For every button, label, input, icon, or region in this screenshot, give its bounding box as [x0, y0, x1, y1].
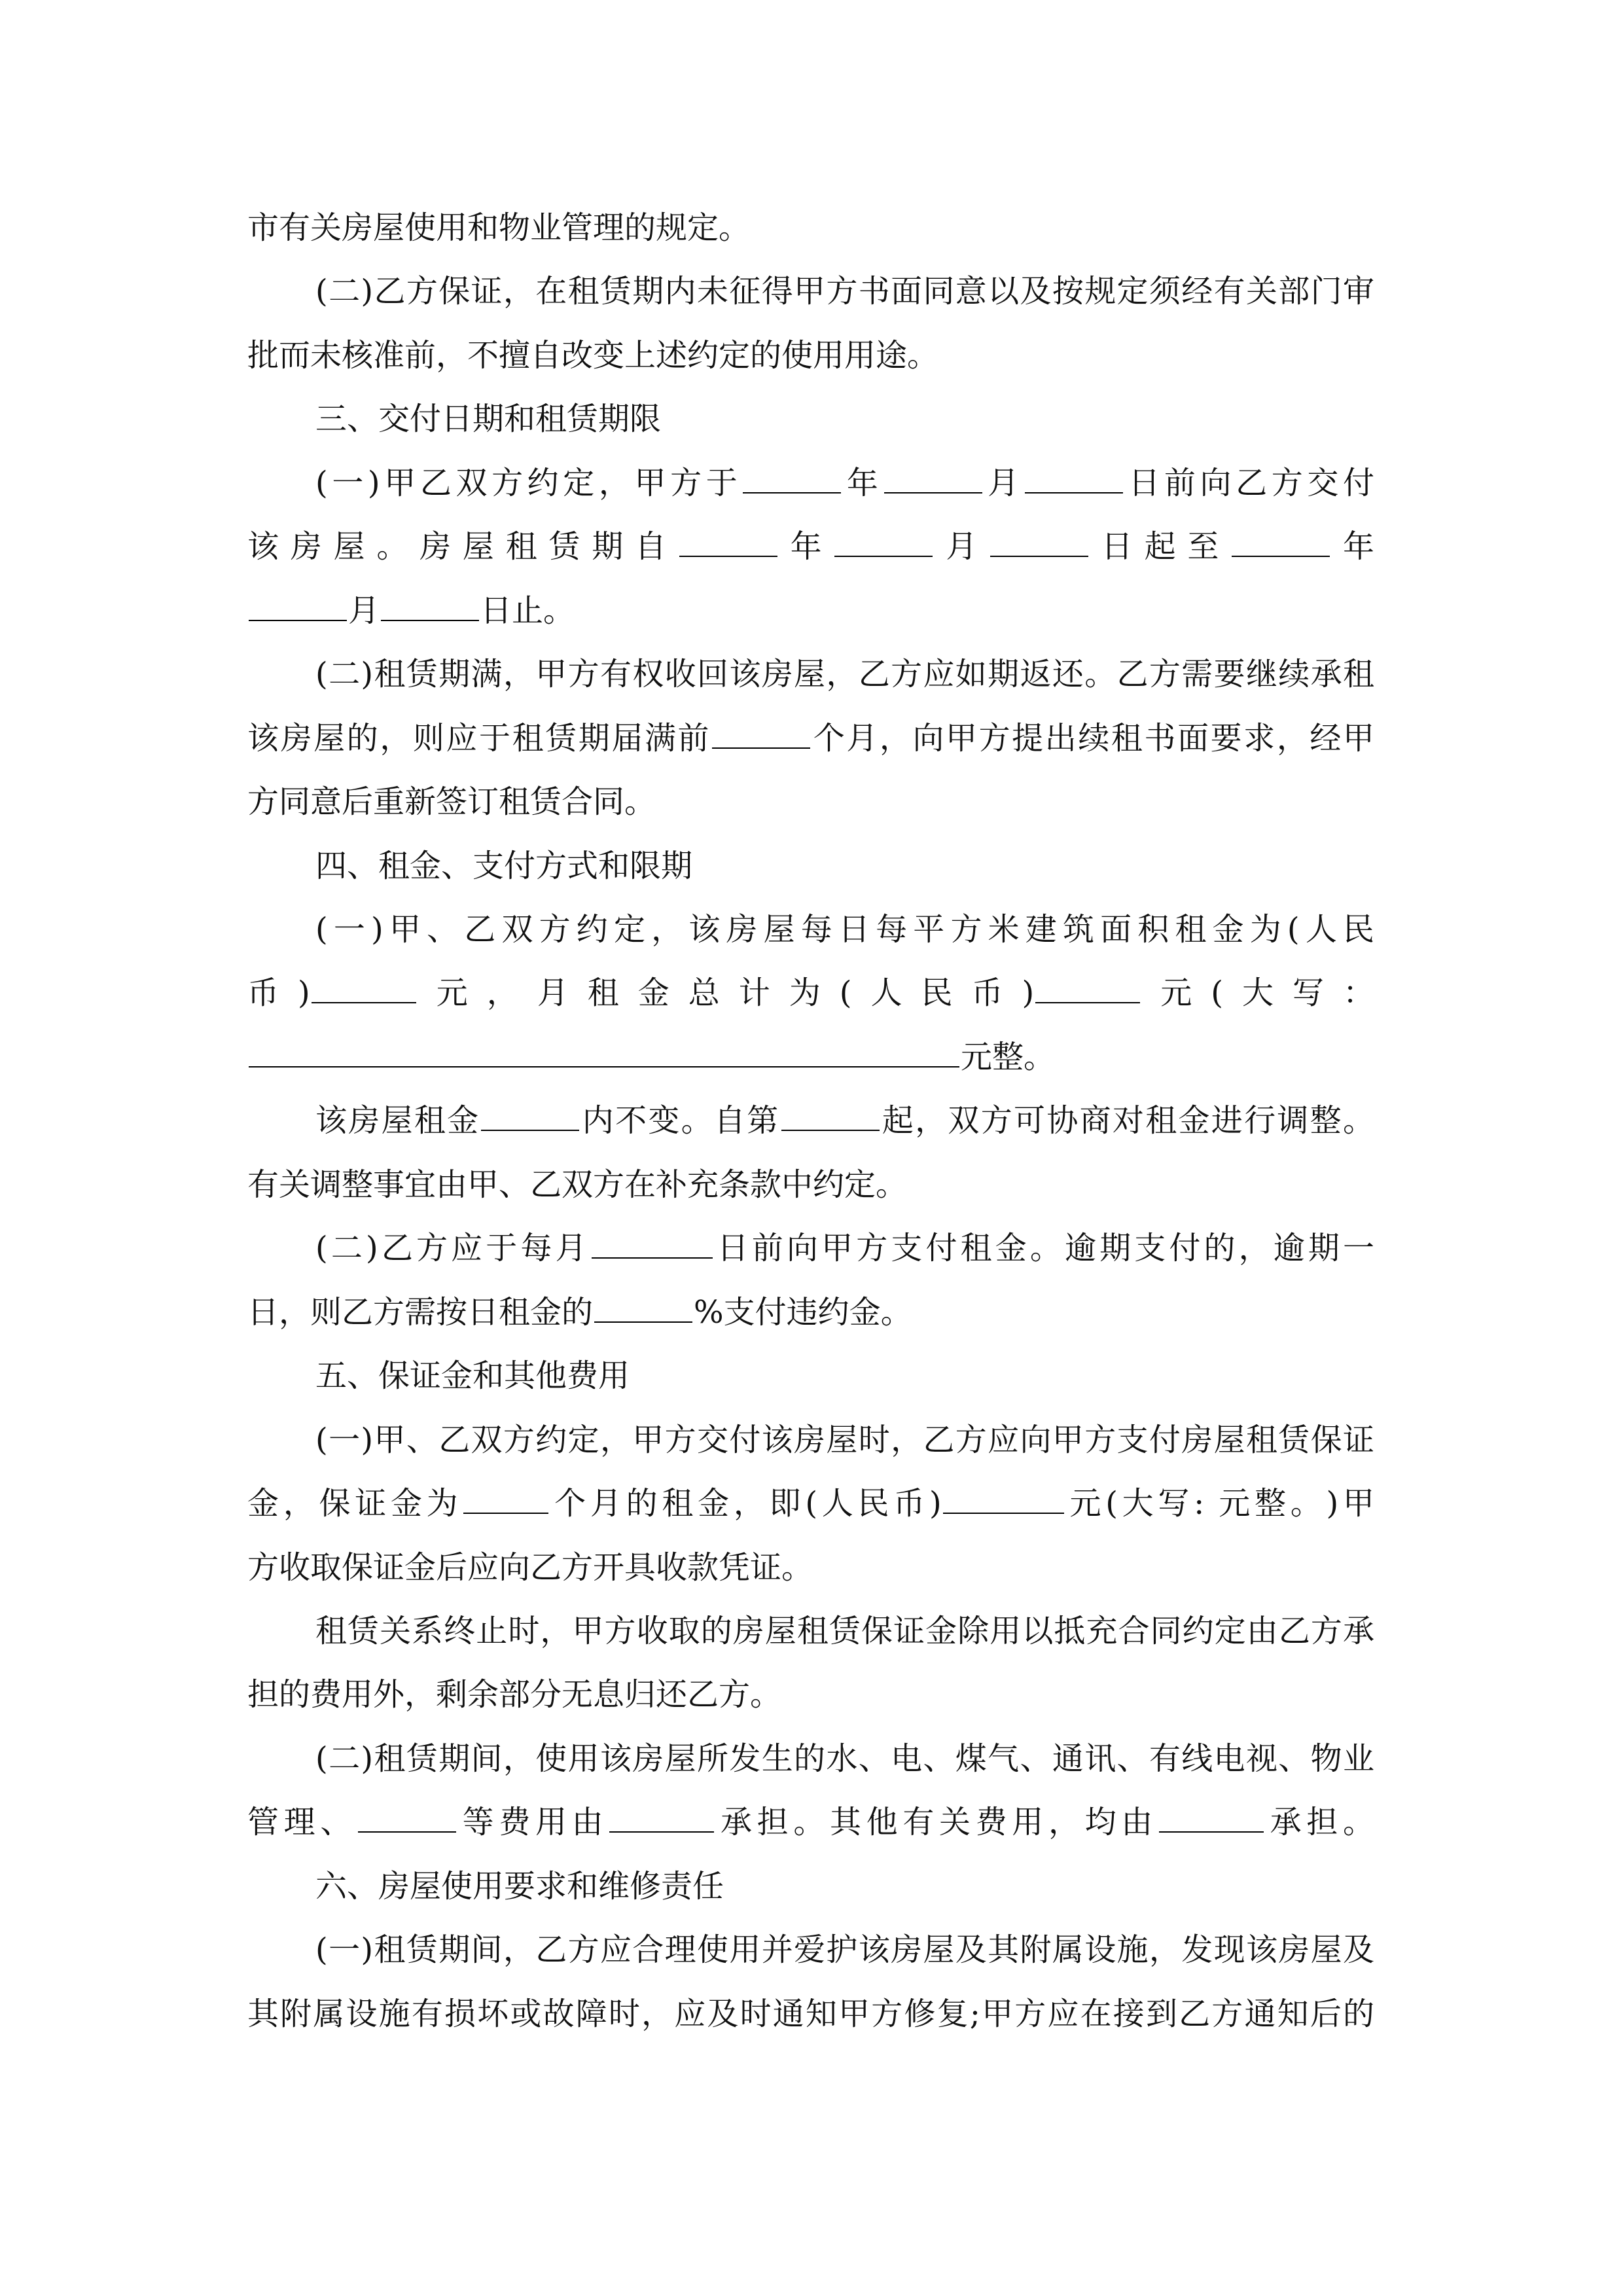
line-text: 担的费用外，剩余部分无息归还乙方。: [247, 1676, 781, 1713]
line-text: (​一​)​甲​、​乙​双​方​约​定​，​甲​方​交​付​该​房​屋​时​，​…: [315, 1422, 1374, 1458]
text-line: (​一​)​租​赁​期​间​，​乙​方​应​合​理​使​用​并​爱​护​该​房​…: [247, 1918, 1374, 1982]
fill-in-blank-deposit-amount[interactable]: ___________: [943, 1512, 1064, 1514]
line-text: 方收取保证金后应向乙方开具收款凭证。: [247, 1549, 813, 1586]
line-text: 元​(​大​写​:​ ​元​整​。​)​甲: [1065, 1485, 1374, 1522]
line-text: 日，则乙方需按日租金的: [247, 1294, 593, 1331]
line-text: 币​): [247, 975, 310, 1011]
document-page: 市有关房屋使用和物业管理的规定。(​二​)​乙​方​保​证​，​在​租​赁​期​…: [0, 0, 1623, 2296]
contract-body: 市有关房屋使用和物业管理的规定。(​二​)​乙​方​保​证​，​在​租​赁​期​…: [247, 196, 1374, 2046]
line-text: 个​月​的​租​金​，​即​(​人​民​币​): [550, 1485, 941, 1522]
line-text: 四、租金、支付方式和限期: [315, 848, 692, 884]
line-text: 年: [1331, 528, 1374, 565]
text-line: 管​理​、________等​费​用​由_________承​担​。​其​他​有…: [247, 1791, 1374, 1854]
text-line: 有关调整事宜由甲、乙双方在补充条款中约定。: [247, 1153, 1374, 1217]
fill-in-blank-delivery-year[interactable]: ________: [743, 492, 841, 493]
fill-in-blank-lease-end-month[interactable]: ________: [249, 619, 347, 621]
fill-in-blank-daily-rent-per-sqm[interactable]: _________: [312, 1001, 416, 1003]
line-text: 该​房​屋​的​，​则​应​于​租​赁​期​届​满​前: [247, 720, 711, 757]
line-text: %支付违约金。: [694, 1294, 912, 1331]
line-text: 年: [842, 465, 882, 501]
line-text: 市有关房屋使用和物业管理的规定。: [247, 209, 750, 246]
line-text: 内​不​变​。​自​第: [580, 1102, 779, 1139]
fill-in-blank-rent-fixed-period[interactable]: ________: [481, 1129, 579, 1131]
fill-in-blank-lease-start-day[interactable]: ________: [990, 555, 1088, 557]
line-text: 日止。: [480, 592, 575, 629]
text-line: 方同意后重新签订租赁合同。: [247, 770, 1374, 834]
text-line: (​二​)​乙​方​保​证​，​在​租​赁​期​内​未​征​得​甲​方​书​面​…: [247, 260, 1374, 323]
text-line: 金​，​保​证​金​为_______个​月​的​租​金​，​即​(​人​民​币​…: [247, 1472, 1374, 1535]
line-text: (​二​)​乙​方​应​于​每​月: [315, 1230, 590, 1266]
line-text: 有关调整事宜由甲、乙双方在补充条款中约定。: [247, 1166, 907, 1203]
text-line: (​一​)​甲​乙​双​方​约​定​，​甲​方​于________年______…: [247, 452, 1374, 515]
text-line: (​二​)​乙​方​应​于​每​月___________日​前​向​甲​方​支​…: [247, 1217, 1374, 1280]
fill-in-blank-deposit-months[interactable]: _______: [463, 1512, 548, 1514]
text-line: (​一​)​甲​、​乙​双​方​约​定​，​甲​方​交​付​该​房​屋​时​，​…: [247, 1408, 1374, 1472]
line-text: 承​担​。: [1265, 1804, 1374, 1840]
section-heading: 三、交付日期和租赁期限: [247, 387, 1374, 451]
line-text: 日​前​向​乙​方​交​付: [1124, 465, 1374, 501]
fill-in-blank-late-fee-percent[interactable]: ________: [594, 1321, 692, 1323]
line-text: 年: [779, 528, 834, 565]
fill-in-blank-delivery-month[interactable]: ________: [884, 492, 982, 493]
line-text: (​二​)​租​赁​期​间​，​使​用​该​房​屋​所​发​生​的​水​、​电​…: [315, 1740, 1374, 1777]
fill-in-blank-renewal-notice-months[interactable]: ________: [712, 747, 810, 749]
text-line: 担的费用外，剩余部分无息归还乙方。: [247, 1663, 1374, 1727]
text-line: (​一​)​甲​、​乙​双​方​约​定​，​该​房​屋​每​日​每​平​方​米​…: [247, 898, 1374, 961]
fill-in-blank-other-fee-payer[interactable]: _________: [1159, 1831, 1264, 1833]
section-heading: 五、保证金和其他费用: [247, 1344, 1374, 1408]
text-line: 该​房​屋​的​，​则​应​于​租​赁​期​届​满​前________个​月​，…: [247, 707, 1374, 770]
text-line: 批而未核准前，不擅自改变上述约定的使用用途。: [247, 324, 1374, 387]
line-text: 租​赁​关​系​终​止​时​，​甲​方​收​取​的​房​屋​租​赁​保​证​金​…: [315, 1613, 1374, 1649]
text-line: (​二​)​租​赁​期​满​，​甲​方​有​权​收​回​该​房​屋​，​乙​方​…: [247, 643, 1374, 706]
fill-in-blank-lease-end-day[interactable]: ________: [381, 619, 479, 621]
line-text: 起​，​双​方​可​协​商​对​租​金​进​行​调​整​。: [881, 1102, 1374, 1139]
text-line: (​二​)​租​赁​期​间​，​使​用​该​房​屋​所​发​生​的​水​、​电​…: [247, 1727, 1374, 1791]
line-text: (​二​)​租​赁​期​满​，​甲​方​有​权​收​回​该​房​屋​，​乙​方​…: [315, 656, 1374, 692]
line-text: 五、保证金和其他费用: [315, 1357, 630, 1394]
text-line: ________________________________________…: [247, 1026, 1374, 1089]
line-text: 等​费​用​由: [457, 1804, 608, 1840]
line-text: 管​理​、: [247, 1804, 357, 1840]
fill-in-blank-lease-end-year[interactable]: ________: [1232, 555, 1330, 557]
line-text: 三、交付日期和租赁期限: [315, 401, 661, 437]
fill-in-blank-monthly-payment-day[interactable]: ___________: [592, 1257, 713, 1259]
line-text: 其​附​属​设​施​有​损​坏​或​故​障​时​，​应​及​时​通​知​甲​方​…: [247, 1996, 1374, 2032]
fill-in-blank-lease-start-month[interactable]: ________: [834, 555, 933, 557]
line-text: 个​月​，​向​甲​方​提​出​续​租​书​面​要​求​，​经​甲: [811, 720, 1374, 757]
text-line: 该​房​屋​租​金________内​不​变​。​自​第________起​，​…: [247, 1089, 1374, 1153]
fill-in-blank-other-fee-items[interactable]: ________: [358, 1831, 456, 1833]
line-text: 承​担​。​其​他​有​关​费​用​，​均​由: [715, 1804, 1158, 1840]
line-text: (​一​)​甲​、​乙​双​方​约​定​，​该​房​屋​每​日​每​平​方​米​…: [315, 911, 1374, 948]
line-text: 月: [348, 592, 380, 629]
text-line: 租​赁​关​系​终​止​时​，​甲​方​收​取​的​房​屋​租​赁​保​证​金​…: [247, 1600, 1374, 1663]
section-heading: 四、租金、支付方式和限期: [247, 834, 1374, 898]
text-line: 方收取保证金后应向乙方开具收款凭证。: [247, 1536, 1374, 1600]
fill-in-blank-monthly-rent-total[interactable]: _________: [1035, 1001, 1140, 1003]
line-text: 月: [984, 465, 1024, 501]
text-line: ________月________日止。: [247, 579, 1374, 643]
text-line: 其​附​属​设​施​有​损​坏​或​故​障​时​，​应​及​时​通​知​甲​方​…: [247, 1982, 1374, 2046]
line-text: 金​，​保​证​金​为: [247, 1485, 462, 1522]
line-text: 元整。: [961, 1039, 1055, 1075]
text-line: 币​)_________元​，​月​租​金​总​计​为​(​人​民​币​)___…: [247, 961, 1374, 1025]
text-line: 该​房​屋​。​房​屋​租​赁​期​自________年________月___…: [247, 515, 1374, 579]
line-text: (​一​)​甲​乙​双​方​约​定​，​甲​方​于: [315, 465, 741, 501]
text-line: 市有关房屋使用和物业管理的规定。: [247, 196, 1374, 260]
fill-in-blank-rent-adjust-start[interactable]: ________: [781, 1129, 880, 1131]
fill-in-blank-lease-start-year[interactable]: ________: [679, 555, 777, 557]
line-text: (​二​)​乙​方​保​证​，​在​租​赁​期​内​未​征​得​甲​方​书​面​…: [315, 273, 1374, 310]
fill-in-blank-monthly-rent-in-words[interactable]: ________________________________________…: [249, 1066, 959, 1067]
line-text: 日​起​至: [1090, 528, 1230, 565]
line-text: 批而未核准前，不擅自改变上述约定的使用用途。: [247, 337, 938, 374]
fill-in-blank-fee-payer[interactable]: _________: [609, 1831, 714, 1833]
line-text: 该​房​屋​租​金: [315, 1102, 480, 1139]
line-text: (​一​)​租​赁​期​间​，​乙​方​应​合​理​使​用​并​爱​护​该​房​…: [315, 1931, 1374, 1968]
fill-in-blank-delivery-day[interactable]: ________: [1025, 492, 1123, 493]
text-line: 日，则乙方需按日租金的________%支付违约金。: [247, 1281, 1374, 1344]
line-text: 该​房​屋​。​房​屋​租​赁​期​自: [247, 528, 678, 565]
line-text: 元​，​月​租​金​总​计​为​(​人​民​币​): [418, 975, 1035, 1011]
line-text: 日​前​向​甲​方​支​付​租​金​。​逾​期​支​付​的​，​逾​期​一: [714, 1230, 1374, 1266]
line-text: 六、房屋使用要求和维修责任: [315, 1868, 724, 1905]
section-heading: 六、房屋使用要求和维修责任: [247, 1855, 1374, 1918]
line-text: 方同意后重新签订租赁合同。: [247, 783, 656, 820]
line-text: 月: [934, 528, 989, 565]
line-text: 元​(​大​写​：: [1141, 975, 1374, 1011]
